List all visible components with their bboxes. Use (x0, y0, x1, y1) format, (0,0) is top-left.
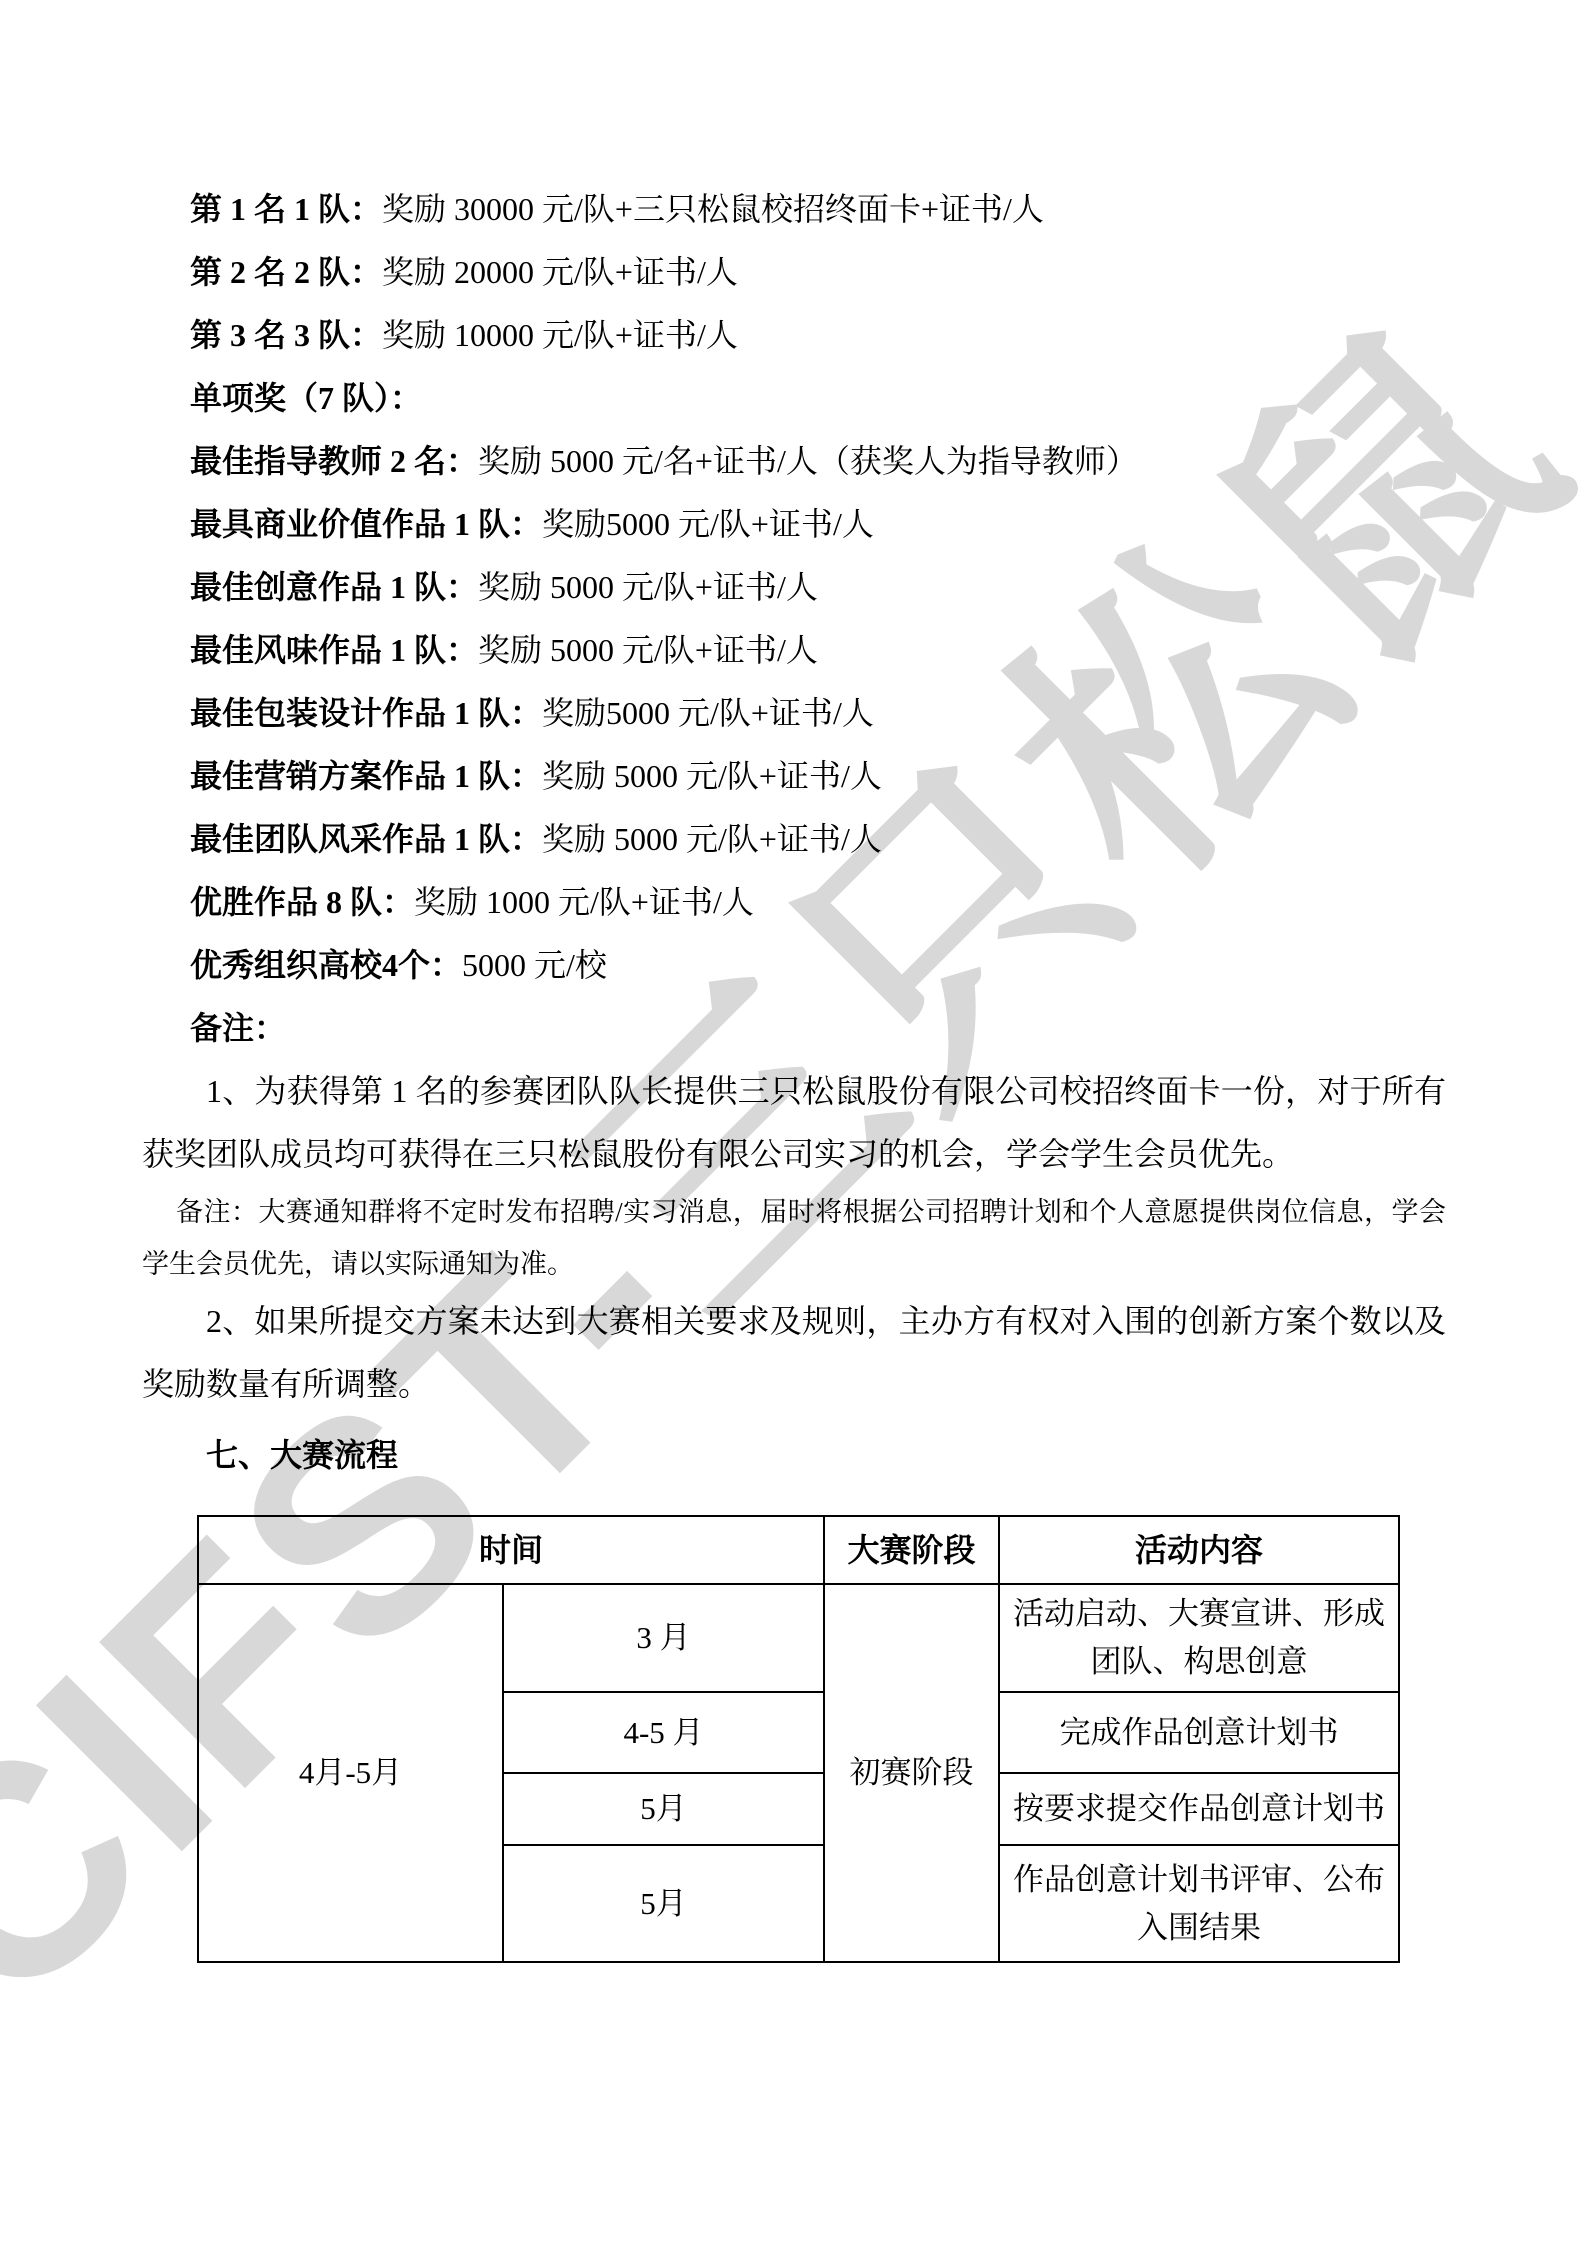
prize-text: 5000 元/校 (462, 947, 607, 983)
cell-stage-group: 初赛阶段 (824, 1584, 999, 1962)
prize-label: 优胜作品 8 队： (190, 884, 414, 920)
prize-label: 第 2 名 2 队： (190, 254, 382, 290)
prize-line: 最佳团队风采作品 1 队：奖励 5000 元/队+证书/人 (142, 808, 1446, 871)
prize-text: 奖励 1000 元/队+证书/人 (414, 884, 754, 920)
prize-line: 最佳指导教师 2 名：奖励 5000 元/名+证书/人（获奖人为指导教师） (142, 430, 1446, 493)
prize-text: 奖励 20000 元/队+证书/人 (382, 254, 738, 290)
prize-label: 单项奖（7 队）： (190, 380, 422, 416)
prize-line: 最具商业价值作品 1 队：奖励5000 元/队+证书/人 (142, 493, 1446, 556)
cell-activity-2: 按要求提交作品创意计划书 (999, 1773, 1399, 1845)
cell-month-3: 5月 (503, 1845, 824, 1962)
prize-text: 奖励 5000 元/队+证书/人 (478, 632, 818, 668)
cell-month-1: 4-5 月 (503, 1692, 824, 1773)
document-page: CIFST-三只松鼠 第 1 名 1 队：奖励 30000 元/队+三只松鼠校招… (0, 0, 1588, 2245)
prize-label: 最佳风味作品 1 队： (190, 632, 478, 668)
cell-activity-0: 活动启动、大赛宣讲、形成团队、构思创意 (999, 1584, 1399, 1692)
prize-label: 优秀组织高校4个： (190, 947, 462, 983)
prize-text: 奖励 10000 元/队+证书/人 (382, 317, 738, 353)
table-row: 4月-5月 3 月 初赛阶段 活动启动、大赛宣讲、形成团队、构思创意 (198, 1584, 1399, 1692)
prize-line: 单项奖（7 队）： (142, 367, 1446, 430)
prize-line: 第 3 名 3 队：奖励 10000 元/队+证书/人 (142, 304, 1446, 367)
prize-line: 第 1 名 1 队：奖励 30000 元/队+三只松鼠校招终面卡+证书/人 (142, 178, 1446, 241)
col-header-content: 活动内容 (999, 1516, 1399, 1584)
cell-time-group: 4月-5月 (198, 1584, 503, 1962)
cell-activity-1: 完成作品创意计划书 (999, 1692, 1399, 1773)
cell-month-2: 5月 (503, 1773, 824, 1845)
prize-label: 最具商业价值作品 1 队： (190, 506, 542, 542)
prize-label: 最佳包装设计作品 1 队： (190, 695, 542, 731)
prize-line: 第 2 名 2 队：奖励 20000 元/队+证书/人 (142, 241, 1446, 304)
prize-text: 奖励 5000 元/队+证书/人 (542, 821, 882, 857)
prize-text: 奖励5000 元/队+证书/人 (542, 695, 874, 731)
prize-label: 最佳团队风采作品 1 队： (190, 821, 542, 857)
small-note-paragraph: 备注：大赛通知群将不定时发布招聘/实习消息，届时将根据公司招聘计划和个人意愿提供… (142, 1186, 1446, 1290)
prize-line: 优胜作品 8 队：奖励 1000 元/队+证书/人 (142, 871, 1446, 934)
prize-label: 最佳创意作品 1 队： (190, 569, 478, 605)
schedule-table: 时间 大赛阶段 活动内容 4月-5月 3 月 初赛阶段 活动启动、大赛宣讲、形成… (197, 1515, 1400, 1963)
prize-text: 奖励5000 元/队+证书/人 (542, 506, 874, 542)
cell-activity-3: 作品创意计划书评审、公布入围结果 (999, 1845, 1399, 1962)
prize-text: 奖励 5000 元/名+证书/人（获奖人为指导教师） (478, 443, 1138, 479)
prize-line: 备注： (142, 997, 1446, 1060)
note-paragraph-2: 2、如果所提交方案未达到大赛相关要求及规则，主办方有权对入围的创新方案个数以及奖… (142, 1290, 1446, 1416)
prize-text: 奖励 5000 元/队+证书/人 (542, 758, 882, 794)
note-paragraph-1: 1、为获得第 1 名的参赛团队队长提供三只松鼠股份有限公司校招终面卡一份，对于所… (142, 1060, 1446, 1186)
prize-line: 优秀组织高校4个：5000 元/校 (142, 934, 1446, 997)
prize-label: 第 1 名 1 队： (190, 191, 382, 227)
prize-label: 备注： (190, 1010, 286, 1046)
table-header-row: 时间 大赛阶段 活动内容 (198, 1516, 1399, 1584)
cell-month-0: 3 月 (503, 1584, 824, 1692)
prize-label: 最佳指导教师 2 名： (190, 443, 478, 479)
prize-line: 最佳包装设计作品 1 队：奖励5000 元/队+证书/人 (142, 682, 1446, 745)
col-header-stage: 大赛阶段 (824, 1516, 999, 1584)
prize-label: 第 3 名 3 队： (190, 317, 382, 353)
section-heading: 七、大赛流程 (142, 1424, 1446, 1487)
prize-line: 最佳营销方案作品 1 队：奖励 5000 元/队+证书/人 (142, 745, 1446, 808)
prize-line: 最佳风味作品 1 队：奖励 5000 元/队+证书/人 (142, 619, 1446, 682)
prize-label: 最佳营销方案作品 1 队： (190, 758, 542, 794)
col-header-time: 时间 (198, 1516, 824, 1584)
prize-line: 最佳创意作品 1 队：奖励 5000 元/队+证书/人 (142, 556, 1446, 619)
prize-text: 奖励 30000 元/队+三只松鼠校招终面卡+证书/人 (382, 191, 1044, 227)
prize-text: 奖励 5000 元/队+证书/人 (478, 569, 818, 605)
document-content: 第 1 名 1 队：奖励 30000 元/队+三只松鼠校招终面卡+证书/人 第 … (0, 0, 1588, 1963)
